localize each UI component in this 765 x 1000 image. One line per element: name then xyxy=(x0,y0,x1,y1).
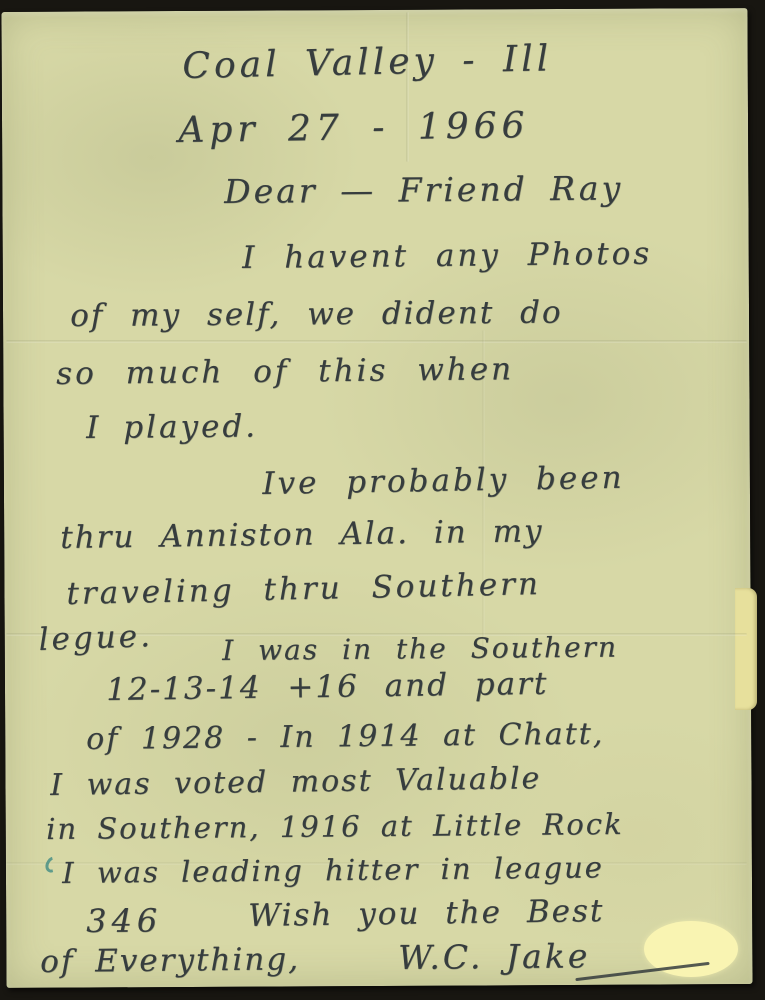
body-line: legue. xyxy=(38,618,153,658)
teal-ink-mark xyxy=(43,854,63,875)
body-line: I was leading hitter in league xyxy=(62,850,604,890)
salutation-line: Dear — Friend Ray xyxy=(224,169,623,211)
closing-line: of Everything, xyxy=(40,941,300,980)
place-line: Coal Valley - Ill xyxy=(182,38,553,87)
date-line: Apr 27 - 1966 xyxy=(178,105,530,151)
body-line: of my self, we dident do xyxy=(70,295,563,334)
closing-line: Wish you the Best xyxy=(248,893,605,934)
body-line: I played. xyxy=(86,408,258,445)
scanner-background: Coal Valley - Ill Apr 27 - 1966 Dear — F… xyxy=(0,0,765,1000)
body-line: traveling thru Southern xyxy=(66,566,541,612)
body-line: I was in the Southern xyxy=(222,631,618,667)
body-line: I havent any Photos xyxy=(242,236,652,276)
body-line: Ive probably been xyxy=(262,460,625,502)
letter-content-overlay: Coal Valley - Ill Apr 27 - 1966 Dear — F… xyxy=(0,0,765,1000)
body-line: in Southern, 1916 at Little Rock xyxy=(46,807,624,846)
signature: W.C. Jake xyxy=(398,936,590,977)
fold-crease-horizontal xyxy=(6,340,747,343)
body-line: so much of this when xyxy=(56,351,514,392)
body-line: I was voted most Valuable xyxy=(50,761,542,803)
body-line: of 1928 - In 1914 at Chatt, xyxy=(86,717,604,757)
body-line: thru Anniston Ala. in my xyxy=(60,513,544,556)
batting-average: 346 xyxy=(86,901,162,940)
body-line: 12-13-14 +16 and part xyxy=(106,666,549,708)
